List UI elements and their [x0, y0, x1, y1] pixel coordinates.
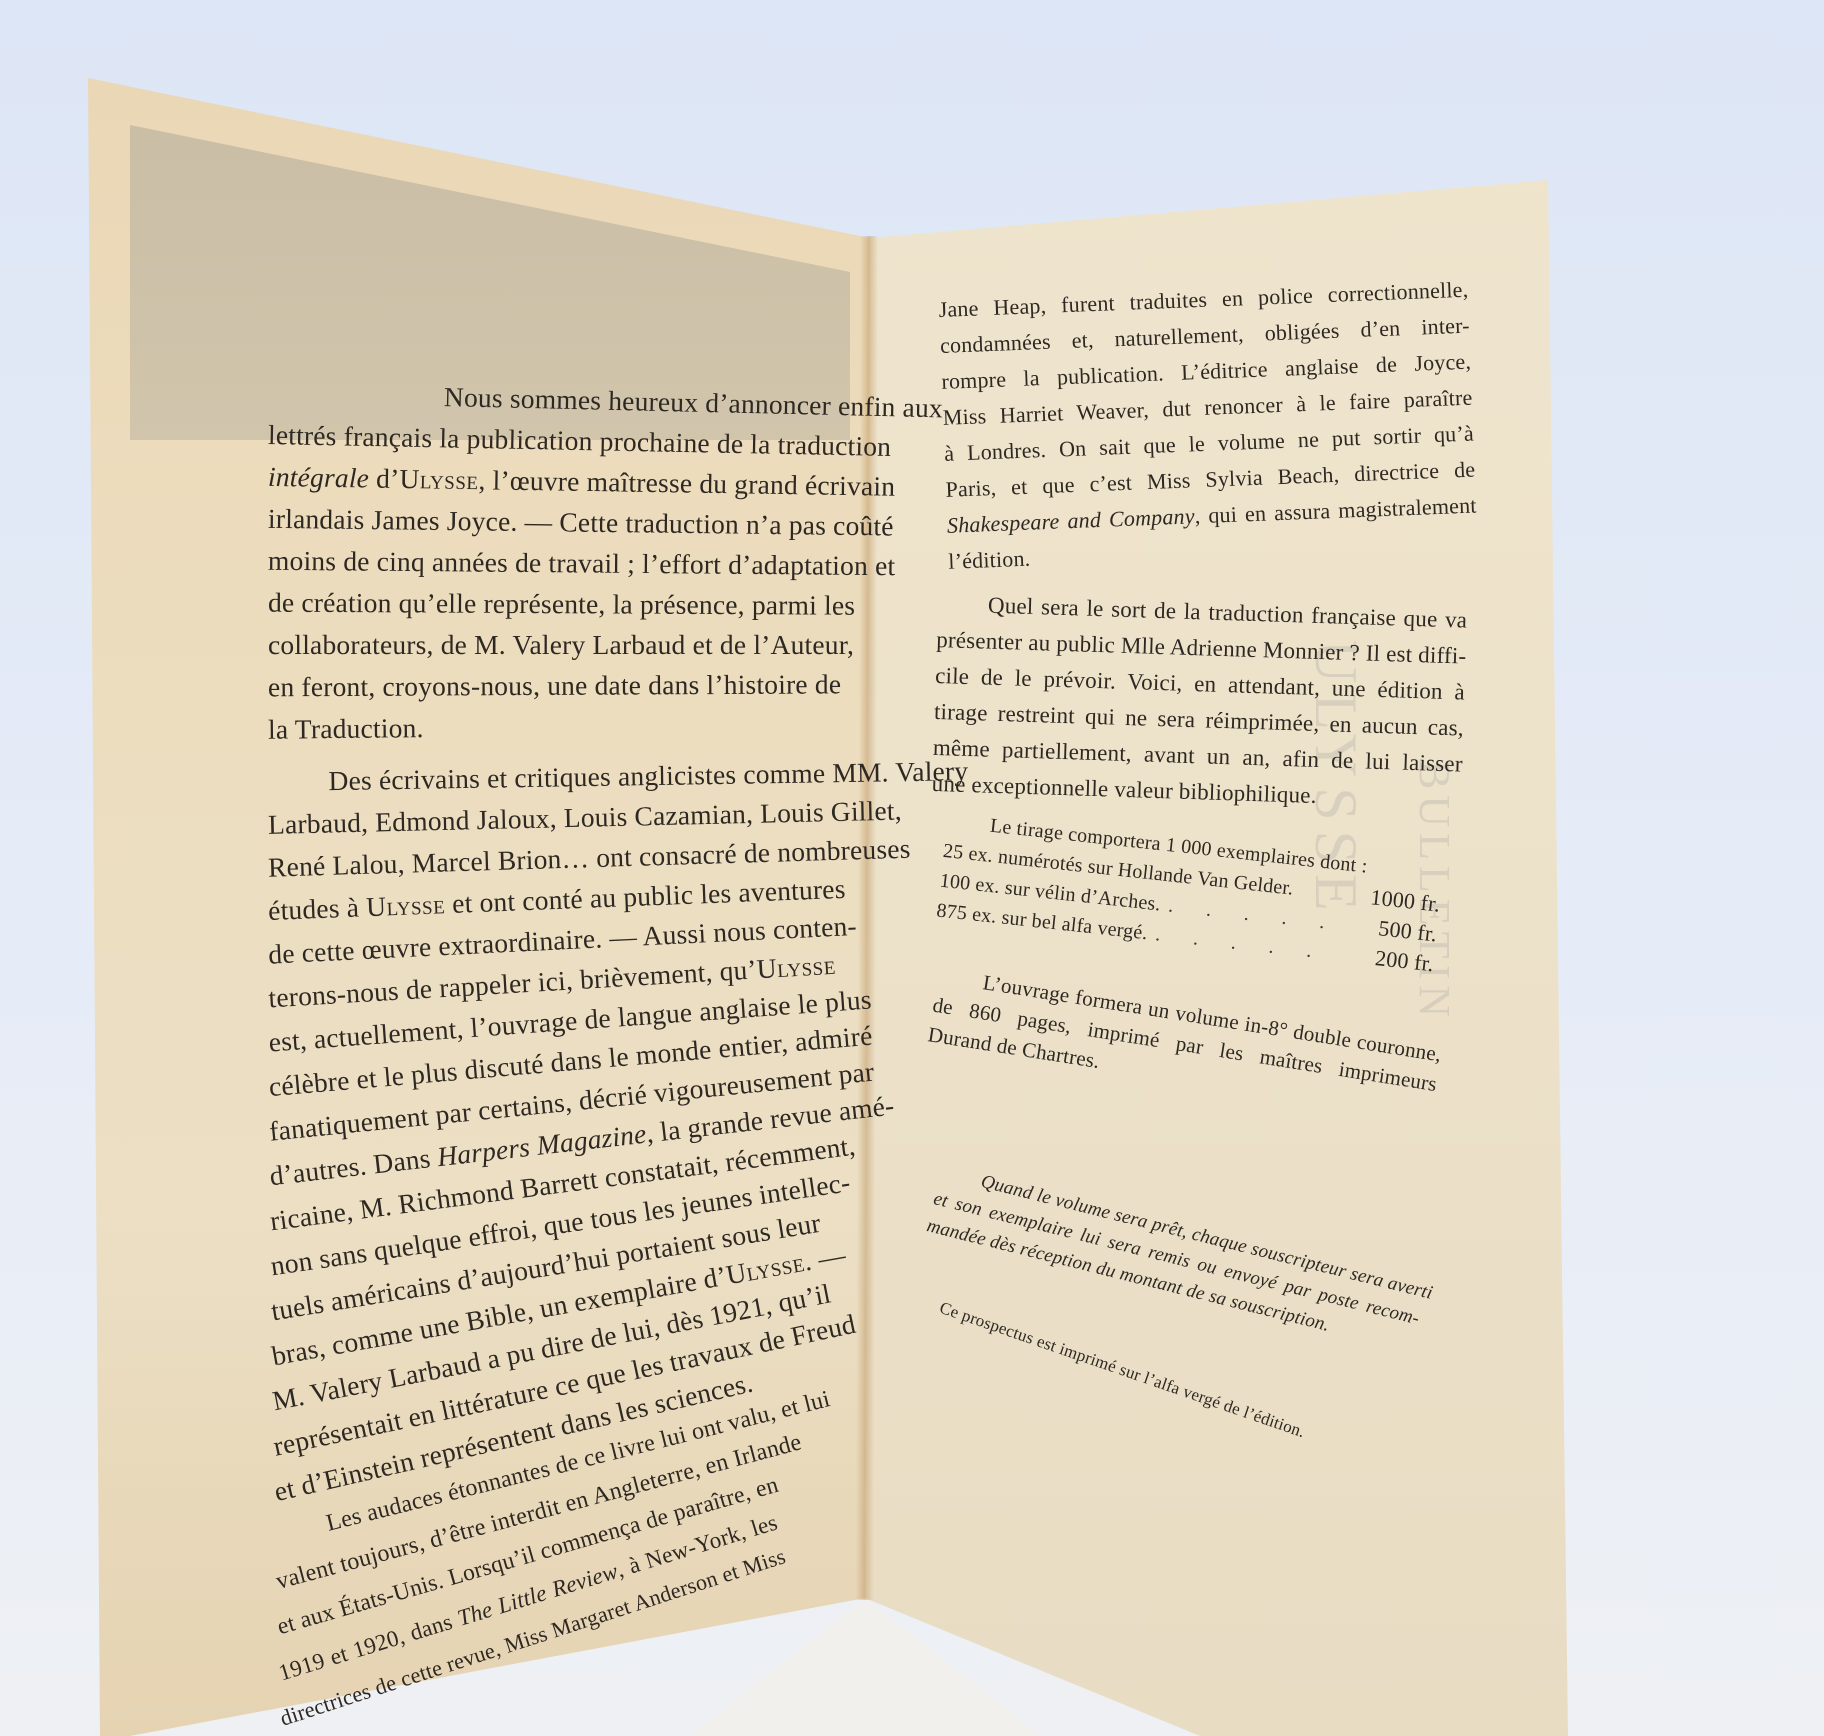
text-fragment: études à	[268, 891, 367, 926]
left-page-text: Nous sommes heureux d’annoncer enfin aux…	[268, 378, 788, 1659]
title-ulysse: Ulysse	[399, 463, 479, 495]
text-line: en feront, croyons-nous, une date dans l…	[268, 664, 788, 708]
photo-stage: ULYSSE BULLETIN Nous sommes heureux d’an…	[0, 0, 1824, 1736]
text-line: collaborateurs, de M. Valery Larbaud et …	[268, 624, 788, 665]
text-fragment: , qui en assura magistralement	[1194, 492, 1477, 528]
right-page-paragraph-1: Jane Heap, furent traduites en police co…	[938, 272, 1479, 580]
paragraph-intro: Nous sommes heureux d’annoncer enfin aux…	[268, 378, 788, 747]
text-fragment: d’	[369, 463, 400, 494]
text-fragment: , l’œuvre maîtresse du grand écrivain	[478, 464, 895, 502]
italic-word: intégrale	[268, 461, 370, 494]
right-page-paragraph-2: Quel sera le sort de la traduction franç…	[931, 586, 1468, 819]
title-ulysse: Ulysse	[756, 949, 837, 985]
title-ulysse: Ulysse	[366, 888, 446, 922]
paragraph-critics: Des écrivains et critiques anglicistes c…	[268, 757, 788, 1454]
text-line: la Traduction.	[268, 703, 788, 749]
text-line: moins de cinq années de travail ; l’effo…	[268, 540, 788, 586]
text-line: intégrale d’Ulysse, l’œuvre maîtresse du…	[268, 456, 789, 505]
text-line: irlandais James Joyce. — Cette traductio…	[268, 498, 788, 545]
italic-title: Shakespeare and Company	[946, 503, 1195, 537]
text-line: de création qu’elle représente, la prése…	[268, 582, 788, 626]
